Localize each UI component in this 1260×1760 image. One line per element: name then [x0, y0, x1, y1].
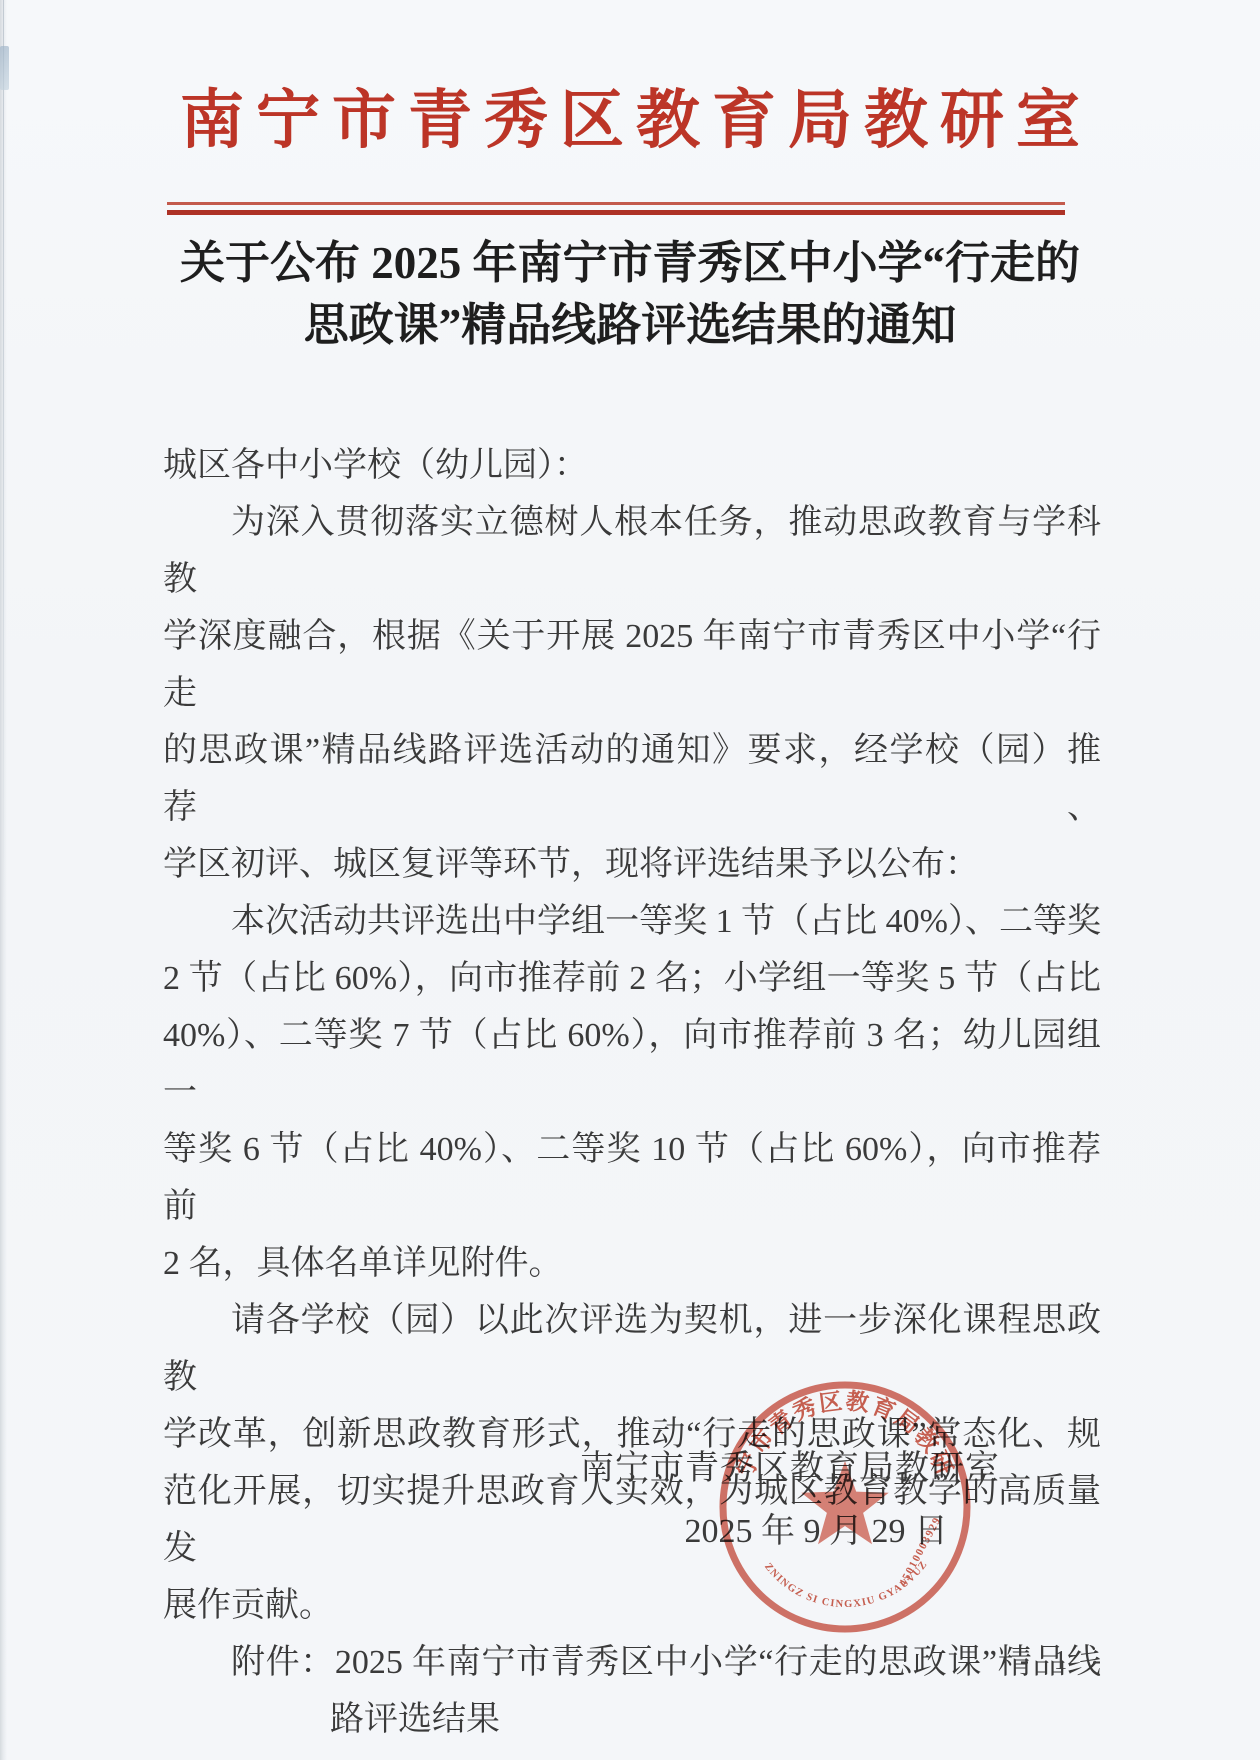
body-line: 学区初评、城区复评等环节，现将评选结果予以公布：: [163, 836, 1101, 893]
body-line: 的思政课”精品线路评选活动的通知》要求，经学校（园）推荐、: [163, 722, 1101, 836]
letterhead-org-name: 南宁市青秀区教育局教研室: [0, 84, 1260, 158]
official-seal: 南宁市青秀区教育局教研室 NANZNINGZ SI CINGXIU GYAUVU…: [695, 1357, 995, 1657]
page-number: - 1 -: [1020, 1645, 1110, 1676]
scanned-document-page: 南宁市青秀区教育局教研室 关于公布 2025 年南宁市青秀区中小学“行走的 思政…: [0, 0, 1260, 1760]
body-line: 2 节（占比 60%），向市推荐前 2 名；小学组一等奖 5 节（占比: [163, 950, 1101, 1007]
divider-thick-line: [167, 210, 1065, 215]
seal-code: 45010003929: [897, 1515, 944, 1589]
body-line: 本次活动共评选出中学组一等奖 1 节（占比 40%）、二等奖: [163, 893, 1101, 950]
document-title: 关于公布 2025 年南宁市青秀区中小学“行走的 思政课”精品线路评选结果的通知: [80, 232, 1180, 356]
title-line-1: 关于公布 2025 年南宁市青秀区中小学“行走的: [80, 232, 1180, 294]
body-line-salutation: 城区各中小学校（幼儿园）：: [163, 437, 1101, 494]
body-line: 学深度融合，根据《关于开展 2025 年南宁市青秀区中小学“行走: [163, 608, 1101, 722]
letterhead-divider: [167, 202, 1065, 215]
seal-star-icon: [801, 1461, 888, 1544]
body-line: 等奖 6 节（占比 40%）、二等奖 10 节（占比 60%），向市推荐前: [163, 1121, 1101, 1235]
body-line: 2 名，具体名单详见附件。: [163, 1235, 1101, 1292]
body-line-attachment: 路评选结果: [163, 1691, 1101, 1748]
body-line: 为深入贯彻落实立德树人根本任务，推动思政教育与学科教: [163, 494, 1101, 608]
title-line-2: 思政课”精品线路评选结果的通知: [80, 294, 1180, 356]
body-line: 40%）、二等奖 7 节（占比 60%），向市推荐前 3 名；幼儿园组一: [163, 1007, 1101, 1121]
